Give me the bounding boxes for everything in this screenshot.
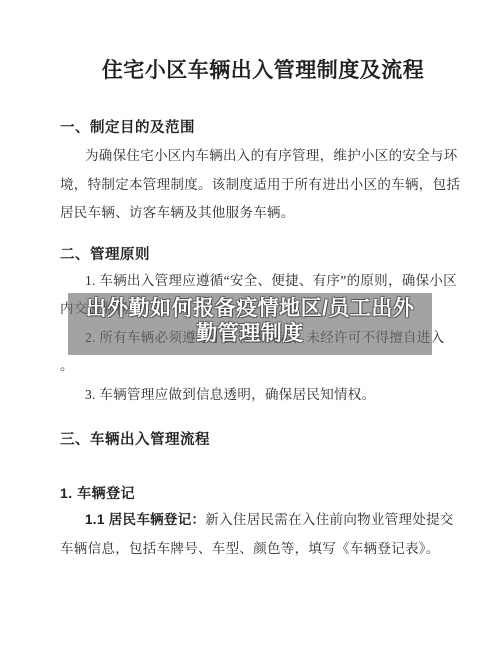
item11-text: 新入住居民需在入住前向物业管理处提交	[205, 512, 453, 527]
section2-item2-line: 。	[60, 352, 445, 381]
watermark-line: 出外勤如何报备疫情地区/员工出外	[68, 296, 432, 321]
section2-heading: 二、管理原则	[60, 247, 445, 263]
section1-paragraph-line: 居民车辆、访客车辆及其他服务车辆。	[60, 199, 445, 228]
section1-heading: 一、制定目的及范围	[60, 120, 445, 136]
item11-bold-label: 1.1 居民车辆登记：	[85, 512, 205, 527]
section1-paragraph-line: 为确保住宅小区内车辆出入的有序管理，维护小区的安全与环	[60, 142, 445, 171]
section1-paragraph-line: 境，特制定本管理制度。该制度适用于所有进出小区的车辆，包括	[60, 171, 445, 200]
page-title: 住宅小区车辆出入管理制度及流程	[0, 58, 500, 84]
section3-heading: 三、车辆出入管理流程	[60, 432, 445, 448]
section3-item11-line: 车辆信息，包括车牌号、车型、颜色等，填写《车辆登记表》。	[60, 535, 445, 564]
section2-item1-line: 1. 车辆出入管理应遵循“安全、便捷、有序”的原则，确保小区	[60, 267, 445, 296]
watermark-line: 勤管理制度	[68, 321, 432, 346]
section2-item3-line: 3. 车辆管理应做到信息透明，确保居民知情权。	[60, 381, 445, 410]
document-page: 住宅小区车辆出入管理制度及流程 一、制定目的及范围 为确保住宅小区内车辆出入的有…	[0, 0, 500, 647]
section3-subheading: 1. 车辆登记	[60, 485, 445, 501]
watermark-overlay: 出外勤如何报备疫情地区/员工出外 勤管理制度	[68, 293, 432, 355]
section3-item11-line: 1.1 居民车辆登记：新入住居民需在入住前向物业管理处提交	[60, 506, 445, 535]
